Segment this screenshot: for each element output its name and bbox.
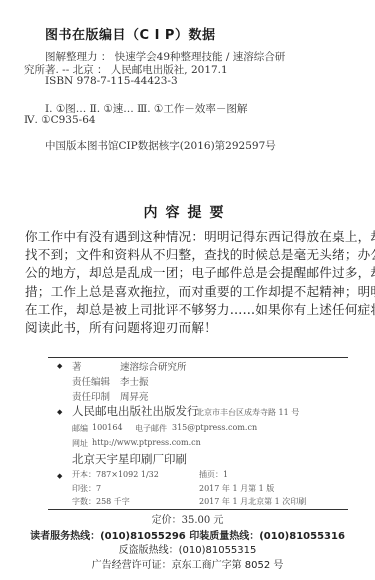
abstract-line: 找不到；文件和资料从不归整，查找的时候总是毫无头绪；办公桌是办 (25, 246, 371, 264)
website-label: 网址 (72, 438, 88, 449)
sheets: 印张：7 (72, 483, 101, 494)
abstract-body: 你工作中有没有遇到这种情况：明明记得东西记得放在桌上，却怎么都 找不到；文件和资… (25, 228, 371, 337)
abstract-line: 措；工作上总是喜欢拖拉，而对重要的工作却提不起精神；明明认真地 (25, 283, 371, 301)
price: 定价：35.00 元 (0, 511, 375, 526)
abstract-line: 在工作，却总是被上司批评不够努力……如果你有上述任何症状，那么 (25, 301, 371, 319)
print-resp-label: 责任印制 (72, 389, 110, 403)
postcode-label: 邮编 (72, 423, 88, 434)
cip-verification: 中国版本图书馆CIP数据核字(2016)第292597号 (45, 138, 276, 153)
publisher: 人民邮电出版社出版发行 (72, 403, 199, 419)
reader-service-hotline: 读者服务热线：(010)81055296 印装质量热线：(010)8105531… (0, 527, 375, 542)
author-label: 著 (72, 359, 82, 373)
printing: 2017 年 1 月北京第 1 次印刷 (199, 496, 306, 507)
cip-classification-2: Ⅳ. ①C935-64 (24, 114, 96, 126)
bullet-icon: ◆ (57, 472, 62, 480)
abstract-line: 阅读此书，所有问题将迎刃而解！ (25, 319, 371, 337)
edition: 2017 年 1 月第 1 版 (199, 483, 274, 494)
ad-license: 广告经营许可证：京东工商广字第 8052 号 (0, 556, 375, 571)
bullet-icon: ◆ (57, 408, 62, 416)
printer: 北京天宇星印刷厂印刷 (72, 451, 187, 467)
anti-piracy-hotline: 反盗版热线：(010)81055315 (0, 541, 375, 556)
print-resp-value: 周昇亮 (120, 389, 149, 403)
format: 开本：787×1092 1/32 (72, 469, 159, 480)
editor-value: 李士振 (120, 374, 149, 388)
editor-label: 责任编辑 (72, 374, 110, 388)
word-count: 字数：258 千字 (72, 496, 130, 507)
inserts: 插页：1 (199, 469, 228, 480)
divider-bottom (48, 509, 348, 510)
website-value: http://www.ptpress.com.cn (92, 438, 201, 447)
bullet-icon: ◆ (57, 362, 62, 370)
divider-top (48, 357, 348, 358)
publisher-address: 北京市丰台区成寿寺路 11 号 (196, 407, 299, 418)
abstract-title: 内容提要 (0, 202, 375, 222)
postcode-value: 100164 (92, 423, 123, 432)
email-value: 315@ptpress.com.cn (172, 423, 257, 432)
cip-isbn: ISBN 978-7-115-44423-3 (45, 75, 178, 87)
abstract-line: 公的地方，却总是乱成一团；电子邮件总是会提醒邮件过多，却不知所 (25, 264, 371, 282)
author-value: 速溶综合研究所 (120, 359, 187, 373)
cip-title: 图书在版编目（C I P）数据 (45, 24, 215, 43)
abstract-line: 你工作中有没有遇到这种情况：明明记得东西记得放在桌上，却怎么都 (25, 228, 371, 246)
email-label: 电子邮件 (135, 423, 167, 434)
